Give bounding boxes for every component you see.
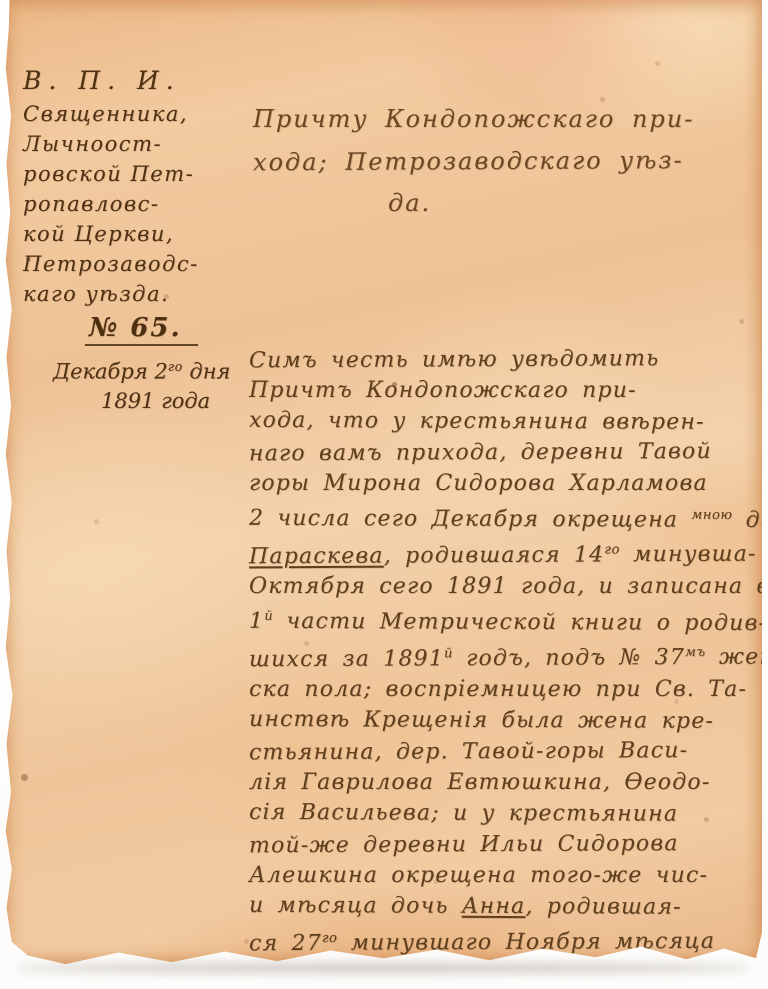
paper-drop-shadow — [14, 963, 752, 973]
scan-background: В. П. И. Священника,Лычноост-ровской Пет… — [0, 0, 768, 989]
handwritten-line: горы Мирона Сидорова Харламова — [249, 468, 768, 499]
sender-initials: В. П. И. — [23, 66, 243, 95]
superscript-text: го — [322, 931, 338, 946]
handwritten-line: Симъ честь имѣю увѣдомить — [249, 343, 768, 377]
superscript-text: го — [604, 542, 620, 557]
handwritten-line: той-же деревни Ильи Сидорова — [249, 827, 768, 861]
handwritten-line: каго уѣзда. — [23, 279, 243, 309]
handwritten-line: Декабря 2го дня — [53, 352, 243, 387]
handwritten-line: инствѣ Крещенія была жена кре- — [249, 703, 768, 736]
handwritten-line: Октября сего 1891 года, и записана въ — [249, 571, 768, 602]
handwritten-line: ровской Пет- — [23, 159, 243, 189]
handwritten-line: сія Васильева; и у крестьянина — [249, 796, 768, 829]
superscript-text: й — [264, 609, 273, 624]
document-date-lines: Декабря 2го дня1891 года — [23, 352, 243, 416]
handwritten-line: Причтъ Кондопожскаго при- — [249, 375, 768, 406]
handwritten-line: хода, что у крестьянина ввѣрен- — [249, 405, 768, 438]
handwritten-line: шихся за 1891й годъ, подъ № 37мъ жен- — [249, 636, 768, 675]
handwritten-line: наго вамъ прихода, деревни Тавой — [249, 436, 768, 470]
handwritten-line: 1891 года — [101, 387, 243, 416]
handwritten-line: кой Церкви, — [23, 219, 243, 249]
paper-stains — [5, 0, 8, 3]
handwritten-line: Причту Кондопожскаго при- — [253, 98, 765, 140]
addressee-block: Причту Кондопожскаго при-хода; Петрозаво… — [253, 98, 765, 224]
letter-body: Симъ честь имѣю увѣдомитьПричтъ Кондопож… — [249, 344, 768, 958]
handwritten-line: Параскева, родившаяся 14го минувша- — [249, 534, 768, 573]
handwritten-line: ся 27го минувшаго Ноября мѣсяца — [249, 920, 768, 959]
handwritten-line: ропавловс- — [23, 189, 243, 219]
handwritten-line: 1й части Метрической книги о родив- — [249, 601, 768, 639]
superscript-text: мъ — [685, 645, 706, 660]
handwritten-line: хода; Петрозаводскаго уѣз- — [253, 139, 765, 184]
handwritten-line: Петрозаводс- — [23, 249, 243, 279]
document-paper: В. П. И. Священника,Лычноост-ровской Пет… — [5, 0, 762, 966]
handwritten-line: и мѣсяца дочь Анна, родившая- — [249, 889, 768, 922]
reference-number-wrap: № 65. — [85, 313, 243, 346]
superscript-text: го — [168, 359, 183, 374]
handwritten-line: лія Гаврилова Евтюшкина, Ѳеодо- — [249, 767, 768, 798]
underlined-name: Параскева — [249, 543, 384, 569]
handwritten-line: да. — [388, 182, 765, 224]
sender-title-lines: Священника,Лычноост-ровской Пет-ропавлов… — [23, 99, 243, 309]
handwritten-line: 2 числа сего Декабря окрещена мною дочь — [249, 498, 768, 536]
superscript-text: й — [444, 646, 453, 661]
superscript-text: мною — [691, 508, 732, 523]
handwritten-line: ска пола; воспріемницею при Св. Та- — [249, 674, 768, 705]
underlined-name: Анна — [462, 893, 526, 918]
handwritten-line: Лычноост- — [23, 129, 243, 159]
handwritten-line: стьянина, дер. Тавой-горы Васи- — [249, 734, 768, 768]
handwritten-line: Священника, — [23, 99, 243, 129]
reference-number: № 65. — [85, 313, 198, 346]
sender-annotation-block: В. П. И. Священника,Лычноост-ровской Пет… — [23, 66, 243, 416]
handwritten-line: Алешкина окрещена того-же чис- — [249, 860, 768, 891]
